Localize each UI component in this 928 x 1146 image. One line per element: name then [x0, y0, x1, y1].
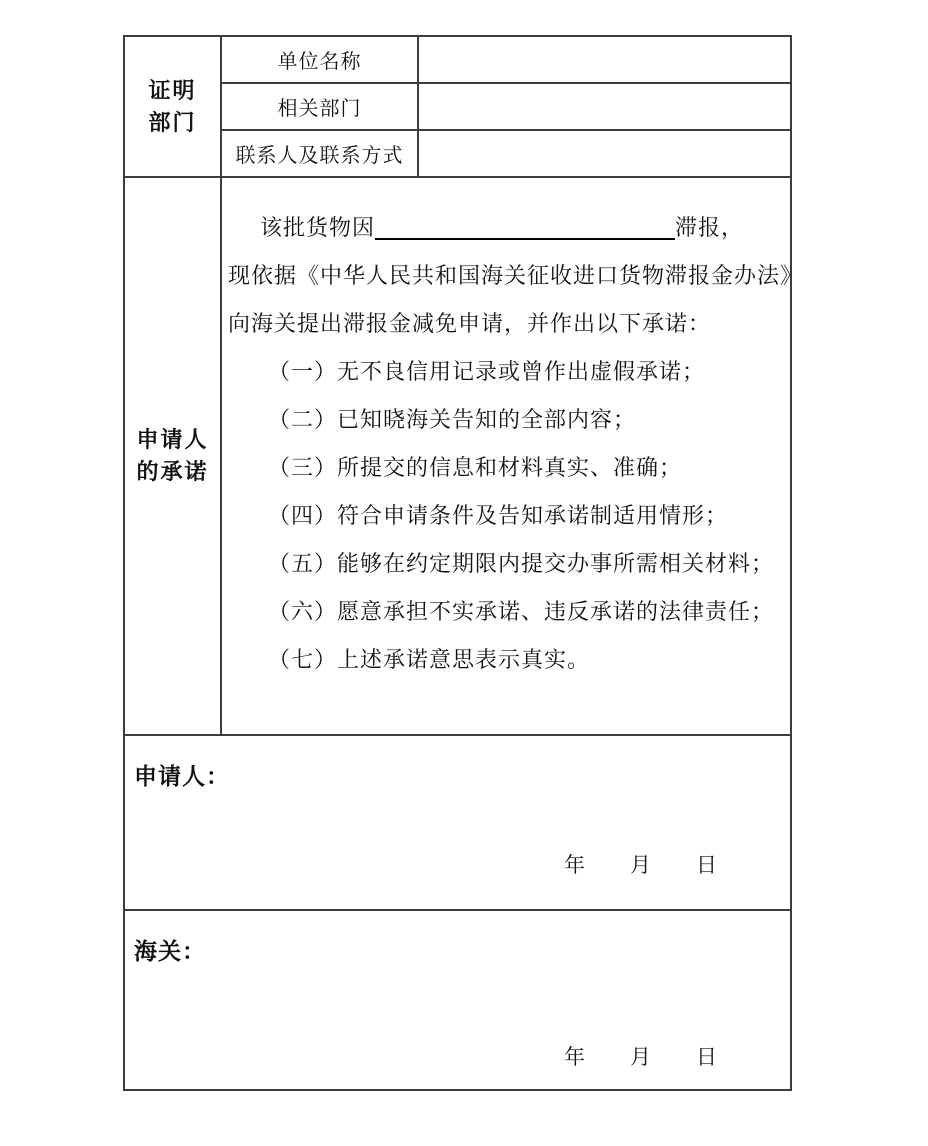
- commitment-text-cell: 该批货物因滞报， 现依据《中华人民共和国海关征收进口货物滞报金办法》 向海关提出…: [221, 177, 791, 735]
- commitment-header-line1: 申请人: [125, 424, 220, 456]
- commitment-item-4: （四）符合申请条件及告知承诺制适用情形；: [228, 492, 784, 540]
- related-dept-label: 相关部门: [221, 83, 418, 130]
- applicant-signature-cell[interactable]: 申请人： 年 月 日: [124, 735, 791, 910]
- commitment-intro-line: 该批货物因滞报，: [228, 204, 784, 252]
- certify-dept-header-line2: 部门: [125, 107, 220, 139]
- contact-label: 联系人及联系方式: [221, 130, 418, 177]
- related-dept-input-cell[interactable]: [418, 83, 791, 130]
- commitment-intro-suffix: 滞报，: [675, 215, 744, 240]
- customs-signature-row: 海关： 年 月 日: [124, 910, 791, 1090]
- applicant-signature-row: 申请人： 年 月 日: [124, 735, 791, 910]
- commitment-header-cell: 申请人 的承诺: [124, 177, 221, 735]
- commitment-intro-line2: 现依据《中华人民共和国海关征收进口货物滞报金办法》: [228, 252, 784, 300]
- contact-row: 联系人及联系方式: [124, 130, 791, 177]
- customs-signature-cell[interactable]: 海关： 年 月 日: [124, 910, 791, 1090]
- commitment-item-6: （六）愿意承担不实承诺、违反承诺的法律责任；: [228, 588, 784, 636]
- reason-blank-line[interactable]: [375, 216, 675, 240]
- commitment-item-7: （七）上述承诺意思表示真实。: [228, 636, 784, 684]
- unit-name-label: 单位名称: [221, 36, 418, 83]
- commitment-item-5: （五）能够在约定期限内提交办事所需相关材料；: [228, 540, 784, 588]
- related-dept-row: 相关部门: [124, 83, 791, 130]
- commitment-intro-line3: 向海关提出滞报金减免申请，并作出以下承诺：: [228, 300, 784, 348]
- customs-date-line: 年 月 日: [564, 1041, 718, 1071]
- commitment-item-3: （三）所提交的信息和材料真实、准确；: [228, 444, 784, 492]
- certify-dept-header-cell: 证明 部门: [124, 36, 221, 177]
- unit-name-input-cell[interactable]: [418, 36, 791, 83]
- unit-name-row: 证明 部门 单位名称: [124, 36, 791, 83]
- contact-input-cell[interactable]: [418, 130, 791, 177]
- applicant-date-line: 年 月 日: [564, 849, 718, 879]
- commitment-row: 申请人 的承诺 该批货物因滞报， 现依据《中华人民共和国海关征收进口货物滞报金办…: [124, 177, 791, 735]
- commitment-intro-prefix: 该批货物因: [260, 215, 375, 240]
- customs-label: 海关：: [125, 911, 790, 966]
- certify-dept-header-line1: 证明: [125, 75, 220, 107]
- applicant-label: 申请人：: [125, 736, 790, 791]
- commitment-item-1: （一）无不良信用记录或曾作出虚假承诺；: [228, 348, 784, 396]
- commitment-item-2: （二）已知晓海关告知的全部内容；: [228, 396, 784, 444]
- form-page: 证明 部门 单位名称 相关部门 联系人及联系方式 申请人 的承诺 该批货物因滞报…: [0, 0, 928, 1146]
- application-form-table: 证明 部门 单位名称 相关部门 联系人及联系方式 申请人 的承诺 该批货物因滞报…: [123, 35, 792, 1091]
- commitment-header-line2: 的承诺: [125, 456, 220, 488]
